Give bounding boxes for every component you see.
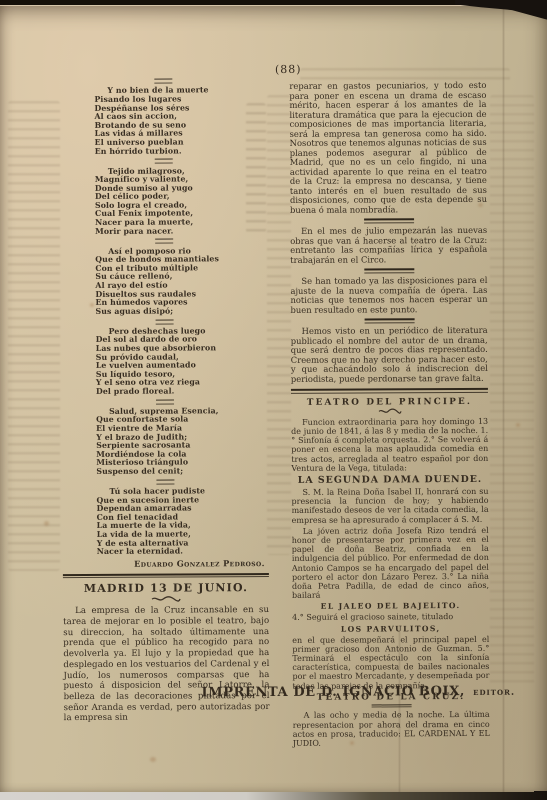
play-title: LOS PARVULITOS, bbox=[292, 624, 489, 634]
poem-stanza-4: Pero deshechas luego Del sol al dardo de… bbox=[96, 327, 264, 397]
stanza-divider bbox=[155, 159, 173, 164]
article-body: La empresa de la Cruz incansable en su t… bbox=[63, 605, 270, 724]
news-divider bbox=[364, 218, 414, 223]
poem-stanza-6: Tú sola hacer pudiste Que en sucesion in… bbox=[96, 487, 264, 557]
poem-stanza-2: Tejido milagroso, Magnífico y valiente, … bbox=[95, 167, 263, 237]
poem-stanza-1: Y no bien de la muerte Pisando los lugar… bbox=[94, 86, 262, 156]
stanza-divider bbox=[156, 479, 174, 484]
imprint-line: IMPRENTA DE D. IGNACIO BOIX, editor. bbox=[201, 680, 515, 701]
right-column: reparar en gastos pecuniarios, y todo es… bbox=[289, 81, 489, 750]
section-rule bbox=[291, 388, 488, 394]
scanner-bed-edge bbox=[0, 792, 547, 800]
section-rule bbox=[63, 573, 269, 579]
article-heading: MADRID 13 DE JUNIO. bbox=[63, 581, 269, 595]
principe-heading: TEATRO DEL PRINCIPE. bbox=[291, 397, 488, 408]
imprint-editor-text: editor. bbox=[473, 687, 515, 698]
poem: Y no bien de la muerte Pisando los lugar… bbox=[94, 78, 264, 556]
scanned-page: (88) Y no bien de la muerte Pisando los … bbox=[0, 0, 547, 800]
imprint-text: IMPRENTA DE D. IGNACIO BOIX, bbox=[201, 684, 465, 700]
play-title: LA SEGUNDA DAMA DUENDE. bbox=[291, 474, 488, 486]
news-paragraph: Se han tomado ya las disposiciones para … bbox=[290, 276, 487, 315]
funcion-paragraph: Funcion extraordinaria para hoy domingo … bbox=[291, 417, 488, 473]
poem-stanza-5: Salud, suprema Esencia, Que confortaste … bbox=[96, 407, 264, 477]
printed-content: (88) Y no bien de la muerte Pisando los … bbox=[0, 4, 547, 795]
news-divider bbox=[364, 268, 414, 273]
news-paragraph: reparar en gastos pecuniarios, y todo es… bbox=[289, 81, 487, 215]
play-title: EL JALEO DEL BAJELITO. bbox=[292, 601, 489, 611]
stanza-divider bbox=[156, 399, 174, 404]
left-column: Y no bien de la muerte Pisando los lugar… bbox=[60, 75, 269, 724]
stanza-divider bbox=[155, 239, 173, 244]
poem-author-signature: Eduardo Gonzalez Pedroso. bbox=[63, 558, 265, 569]
paper-sheet: (88) Y no bien de la muerte Pisando los … bbox=[0, 5, 547, 793]
news-divider bbox=[364, 318, 414, 323]
stanza-divider bbox=[154, 79, 172, 84]
heading-ornament-icon bbox=[378, 408, 402, 414]
reina-paragraph: S. M. la Reina Doña Isabel II, honrará c… bbox=[291, 487, 488, 525]
poem-stanza-3: Así el pomposo rio Que de hondos mananti… bbox=[95, 247, 263, 317]
cruz-paragraph: A las ocho y media de la noche. La últim… bbox=[293, 710, 490, 748]
stanza-divider bbox=[156, 319, 174, 324]
heading-rule bbox=[371, 704, 411, 708]
news-paragraph: Hemos visto en un periódico de literatur… bbox=[291, 326, 488, 384]
news-paragraph: En el mes de julio empezarán las nuevas … bbox=[290, 226, 487, 265]
heading-ornament-icon bbox=[151, 596, 181, 603]
actriz-paragraph: La jóven actriz doña Josefa Rizo tendrá … bbox=[292, 526, 489, 601]
sainete-line: 4.° Seguirá el gracioso sainete, titulad… bbox=[292, 612, 489, 622]
